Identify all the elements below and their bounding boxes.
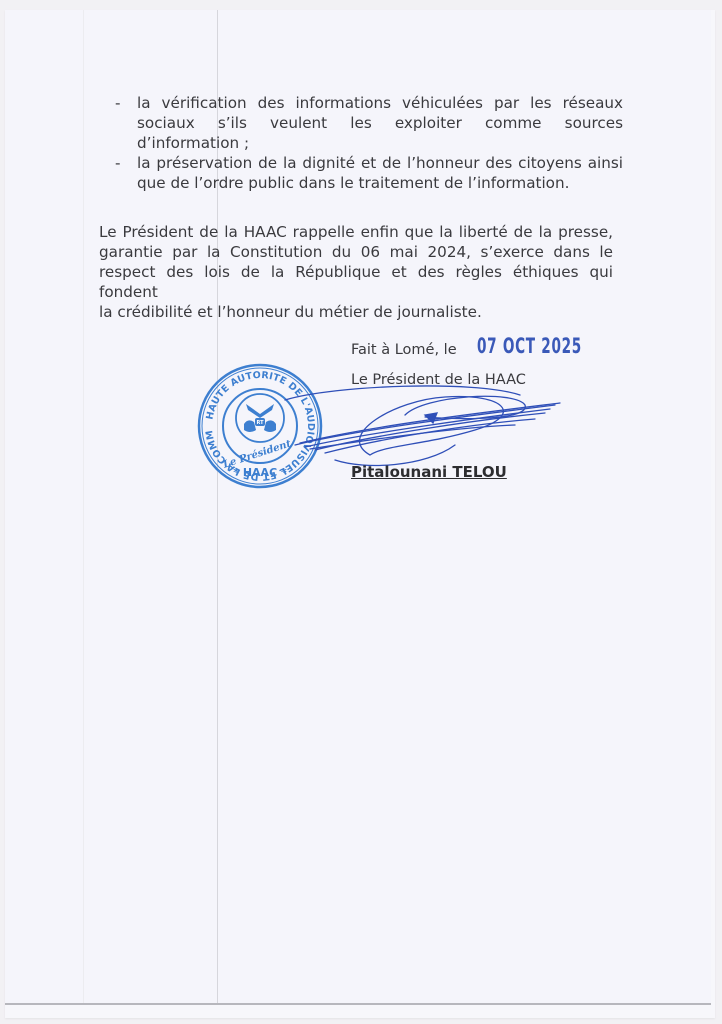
paragraph-line: respect des lois de la République et des…	[99, 262, 613, 302]
bullet-line: d’information ;	[137, 133, 623, 153]
place-label: Fait à Lomé, le	[351, 340, 457, 360]
bullet-dash: -	[115, 93, 120, 113]
bullet-line: la préservation de la dignité et de l’ho…	[137, 153, 623, 173]
bullet-line: sociaux s’ils veulent les exploiter comm…	[137, 113, 623, 133]
handwritten-signature-icon	[275, 375, 565, 475]
document-page: - la vérification des informations véhic…	[5, 10, 715, 1018]
bullet-dash: -	[115, 153, 120, 173]
date-stamp: 07 OCT 2025	[477, 336, 582, 356]
bullet-line: que de l’ordre public dans le traitement…	[137, 173, 623, 193]
document-body: - la vérification des informations véhic…	[5, 10, 711, 1003]
svg-text:RT: RT	[256, 420, 264, 426]
signatory-name: Pitalounani TELOU	[351, 462, 507, 482]
paragraph-line: la crédibilité et l’honneur du métier de…	[99, 302, 613, 322]
paragraph-line: Le Président de la HAAC rappelle enfin q…	[99, 222, 613, 242]
paragraph-line: garantie par la Constitution du 06 mai 2…	[99, 242, 613, 262]
closing-paragraph: Le Président de la HAAC rappelle enfin q…	[99, 222, 613, 322]
scanned-sheet: - la vérification des informations véhic…	[5, 10, 711, 1005]
bullet-line: la vérification des informations véhicul…	[137, 93, 623, 113]
